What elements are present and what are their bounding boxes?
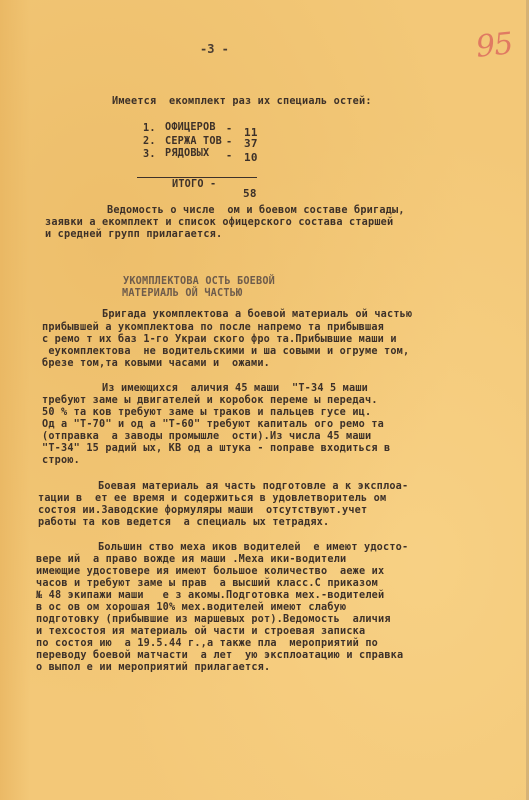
text-line: прибывшей а укомплектова по после напрем… [42,322,384,334]
text-line: Большин ство меха иков водителей е имеют… [98,542,408,554]
text-line: (отправка а заводы промышле ости).Из чис… [42,431,371,443]
text-line: тации в ет ее время и содержиться в удов… [38,493,386,505]
text-line: № 48 экипажи маши е з акомы.Подготовка м… [36,590,384,602]
text-line: часов и требуют заме ы прав а высший кла… [36,578,378,590]
text-line: имеющие удостовере ия имеют большое коли… [36,566,384,578]
dash: - [226,151,232,163]
text-line: работы та ков ведется а специаль ых тетр… [38,517,329,529]
text-line: с ремо т их баз 1-го Украи ского фро та.… [42,334,397,346]
text-line: переводу боевой матчасти а лет ую экспло… [36,650,403,662]
text-line: "Т-34" 15 радий ых, КВ од а штука - попр… [42,443,390,455]
dash: - [226,124,232,136]
text-line: брезе том,та ковыми часами и ожами. [42,358,270,370]
personnel-label: ОФИЦЕРОВ [165,122,216,134]
text-line: Од а "Т-70" и од а "Т-60" требуют капита… [42,419,384,431]
personnel-num: 3. [143,149,156,161]
text-line: Бригада укомплектова а боевой материаль … [102,309,412,321]
text-line: Боевая материаль ая часть подготовле а к… [98,481,408,493]
text-line: о выпол е ии мероприятий прилагается. [36,662,270,674]
section-heading-line2: МАТЕРИАЛЬ ОЙ ЧАСТЬЮ [122,288,242,300]
text-line: подготовку (прибывшие из маршевых рот).В… [36,614,391,626]
text-line: требуют заме ы двигателей и коробок пере… [42,395,378,407]
total-rule [137,177,257,178]
text-line: строю. [42,455,80,467]
personnel-value: 37 [244,138,258,150]
text-line: 50 % та ков требуют заме ы траков и паль… [42,407,371,419]
total-label: ИТОГО - [172,179,216,191]
text-line: и техсостоя ия материаль ой части и стро… [36,626,365,638]
page-number: -3 - [200,42,229,56]
personnel-num: 1. [143,123,156,135]
personnel-value: 10 [244,152,258,164]
text-line: заявки а екомплект и список офицерского … [45,217,393,229]
total-value: 58 [243,188,257,200]
document-page: 95 -3 - Имеется екомплект раз их специал… [0,0,529,800]
text-line: состоя ии.Заводские формуляры маши отсут… [38,505,367,517]
text-line: еукомплектова не водительскими и ша совы… [42,346,409,358]
text-line: Ведомость о числе ом и боевом составе бр… [107,205,405,217]
personnel-num: 2. [143,136,156,148]
intro-line: Имеется екомплект раз их специаль остей: [112,96,372,108]
text-line: вере ий а право вожде ия маши .Меха ики-… [36,554,346,566]
text-line: Из имеющихся аличия 45 маши "Т-34 5 маши [102,383,368,395]
personnel-label: СЕРЖА ТОВ [165,136,222,148]
text-line: в ос ов ом хорошая 10% мех.водителей име… [36,602,346,614]
personnel-label: РЯДОВЫХ [165,148,209,160]
archive-folio-number: 95 [474,26,514,65]
text-line: по состоя ию а 19.5.44 г.,а также пла ме… [36,638,378,650]
dash: - [226,137,232,149]
section-heading-line1: УКОМПЛЕКТОВА ОСТЬ БОЕВОЙ [123,276,275,288]
text-line: и средней групп прилагается. [45,229,222,241]
